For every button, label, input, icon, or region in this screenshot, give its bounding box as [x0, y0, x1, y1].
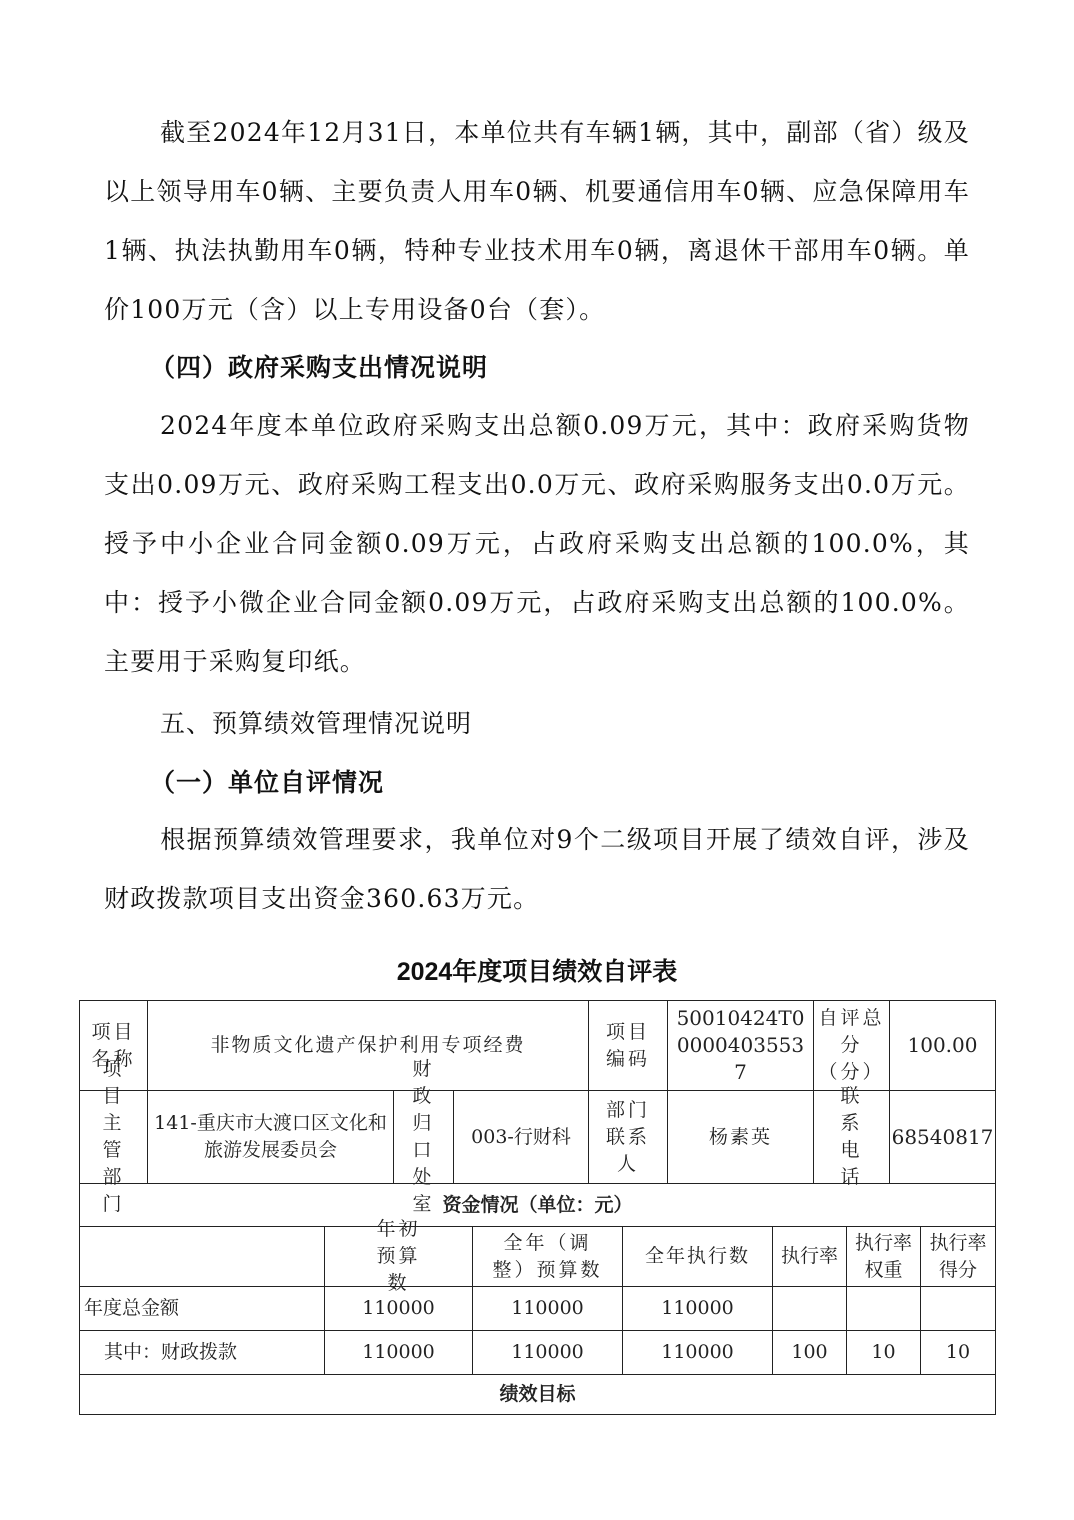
paragraph-self-eval-text: 根据预算绩效管理要求，我单位对9个二级项目开展了绩效自评，涉及财政拨款项目支出资… [104, 825, 970, 913]
funding-col-label [79, 1226, 325, 1287]
funding-col-initial: 年初预算数 [324, 1226, 473, 1287]
funding-col-adjusted: 全年（调整）预算数 [472, 1226, 623, 1287]
funding-row-fiscal-executed: 110000 [622, 1330, 773, 1375]
funding-header: 资金情况（单位：元） [79, 1183, 996, 1227]
funding-row-total-rate [772, 1286, 847, 1331]
finance-office-value: 003-行财科 [453, 1090, 589, 1184]
funding-row-total-executed: 110000 [622, 1286, 773, 1331]
paragraph-self-eval: 根据预算绩效管理要求，我单位对9个二级项目开展了绩效自评，涉及财政拨款项目支出资… [104, 810, 970, 928]
funding-row-fiscal-weight: 10 [846, 1330, 921, 1375]
finance-office-label: 财政归口处室 [393, 1090, 454, 1184]
paragraph-vehicles-text: 截至2024年12月31日，本单位共有车辆1辆，其中，副部（省）级及以上领导用车… [104, 118, 970, 324]
heading-self-eval: （一）单位自评情况 [150, 763, 384, 799]
heading-section5: 五、预算绩效管理情况说明 [160, 704, 472, 740]
funding-row-total-initial: 110000 [324, 1286, 473, 1331]
funding-row-total-adjusted: 110000 [472, 1286, 623, 1331]
paragraph-procurement-text: 2024年度本单位政府采购支出总额0.09万元，其中：政府采购货物支出0.09万… [104, 411, 970, 676]
funding-row-fiscal-initial: 110000 [324, 1330, 473, 1375]
funding-row-fiscal-label: 其中：财政拨款 [79, 1330, 325, 1375]
funding-row-fiscal-rate: 100 [772, 1330, 847, 1375]
funding-row-total-score [920, 1286, 996, 1331]
project-code: 50010424T000004035537 [667, 1000, 814, 1091]
funding-row-fiscal-adjusted: 110000 [472, 1330, 623, 1375]
paragraph-procurement: 2024年度本单位政府采购支出总额0.09万元，其中：政府采购货物支出0.09万… [104, 396, 970, 691]
funding-col-executed: 全年执行数 [622, 1226, 773, 1287]
score-value: 100.00 [889, 1000, 996, 1091]
goals-header: 绩效目标 [79, 1374, 996, 1415]
contact-label: 部门联系人 [588, 1090, 668, 1184]
funding-row-fiscal-score: 10 [920, 1330, 996, 1375]
contact-value: 杨素英 [667, 1090, 814, 1184]
heading-procurement: （四）政府采购支出情况说明 [150, 348, 488, 384]
funding-col-rate: 执行率 [772, 1226, 847, 1287]
project-name: 非物质文化遗产保护利用专项经费 [147, 1000, 589, 1091]
phone-value: 68540817 [889, 1090, 996, 1184]
score-label: 自评总分（分） [813, 1000, 890, 1091]
performance-table: 项目名称 非物质文化遗产保护利用专项经费 项目编码 50010424T00000… [79, 1000, 996, 1414]
dept-label: 项目主管部门 [79, 1090, 148, 1184]
funding-col-score: 执行率得分 [920, 1226, 996, 1287]
funding-col-weight: 执行率权重 [846, 1226, 921, 1287]
paragraph-vehicles: 截至2024年12月31日，本单位共有车辆1辆，其中，副部（省）级及以上领导用车… [104, 103, 970, 339]
project-code-label: 项目编码 [588, 1000, 668, 1091]
dept-value: 141-重庆市大渡口区文化和旅游发展委员会 [147, 1090, 394, 1184]
phone-label: 联系电话 [813, 1090, 890, 1184]
funding-row-total-weight [846, 1286, 921, 1331]
funding-row-total-label: 年度总金额 [79, 1286, 325, 1331]
table-title: 2024年度项目绩效自评表 [0, 952, 1074, 988]
